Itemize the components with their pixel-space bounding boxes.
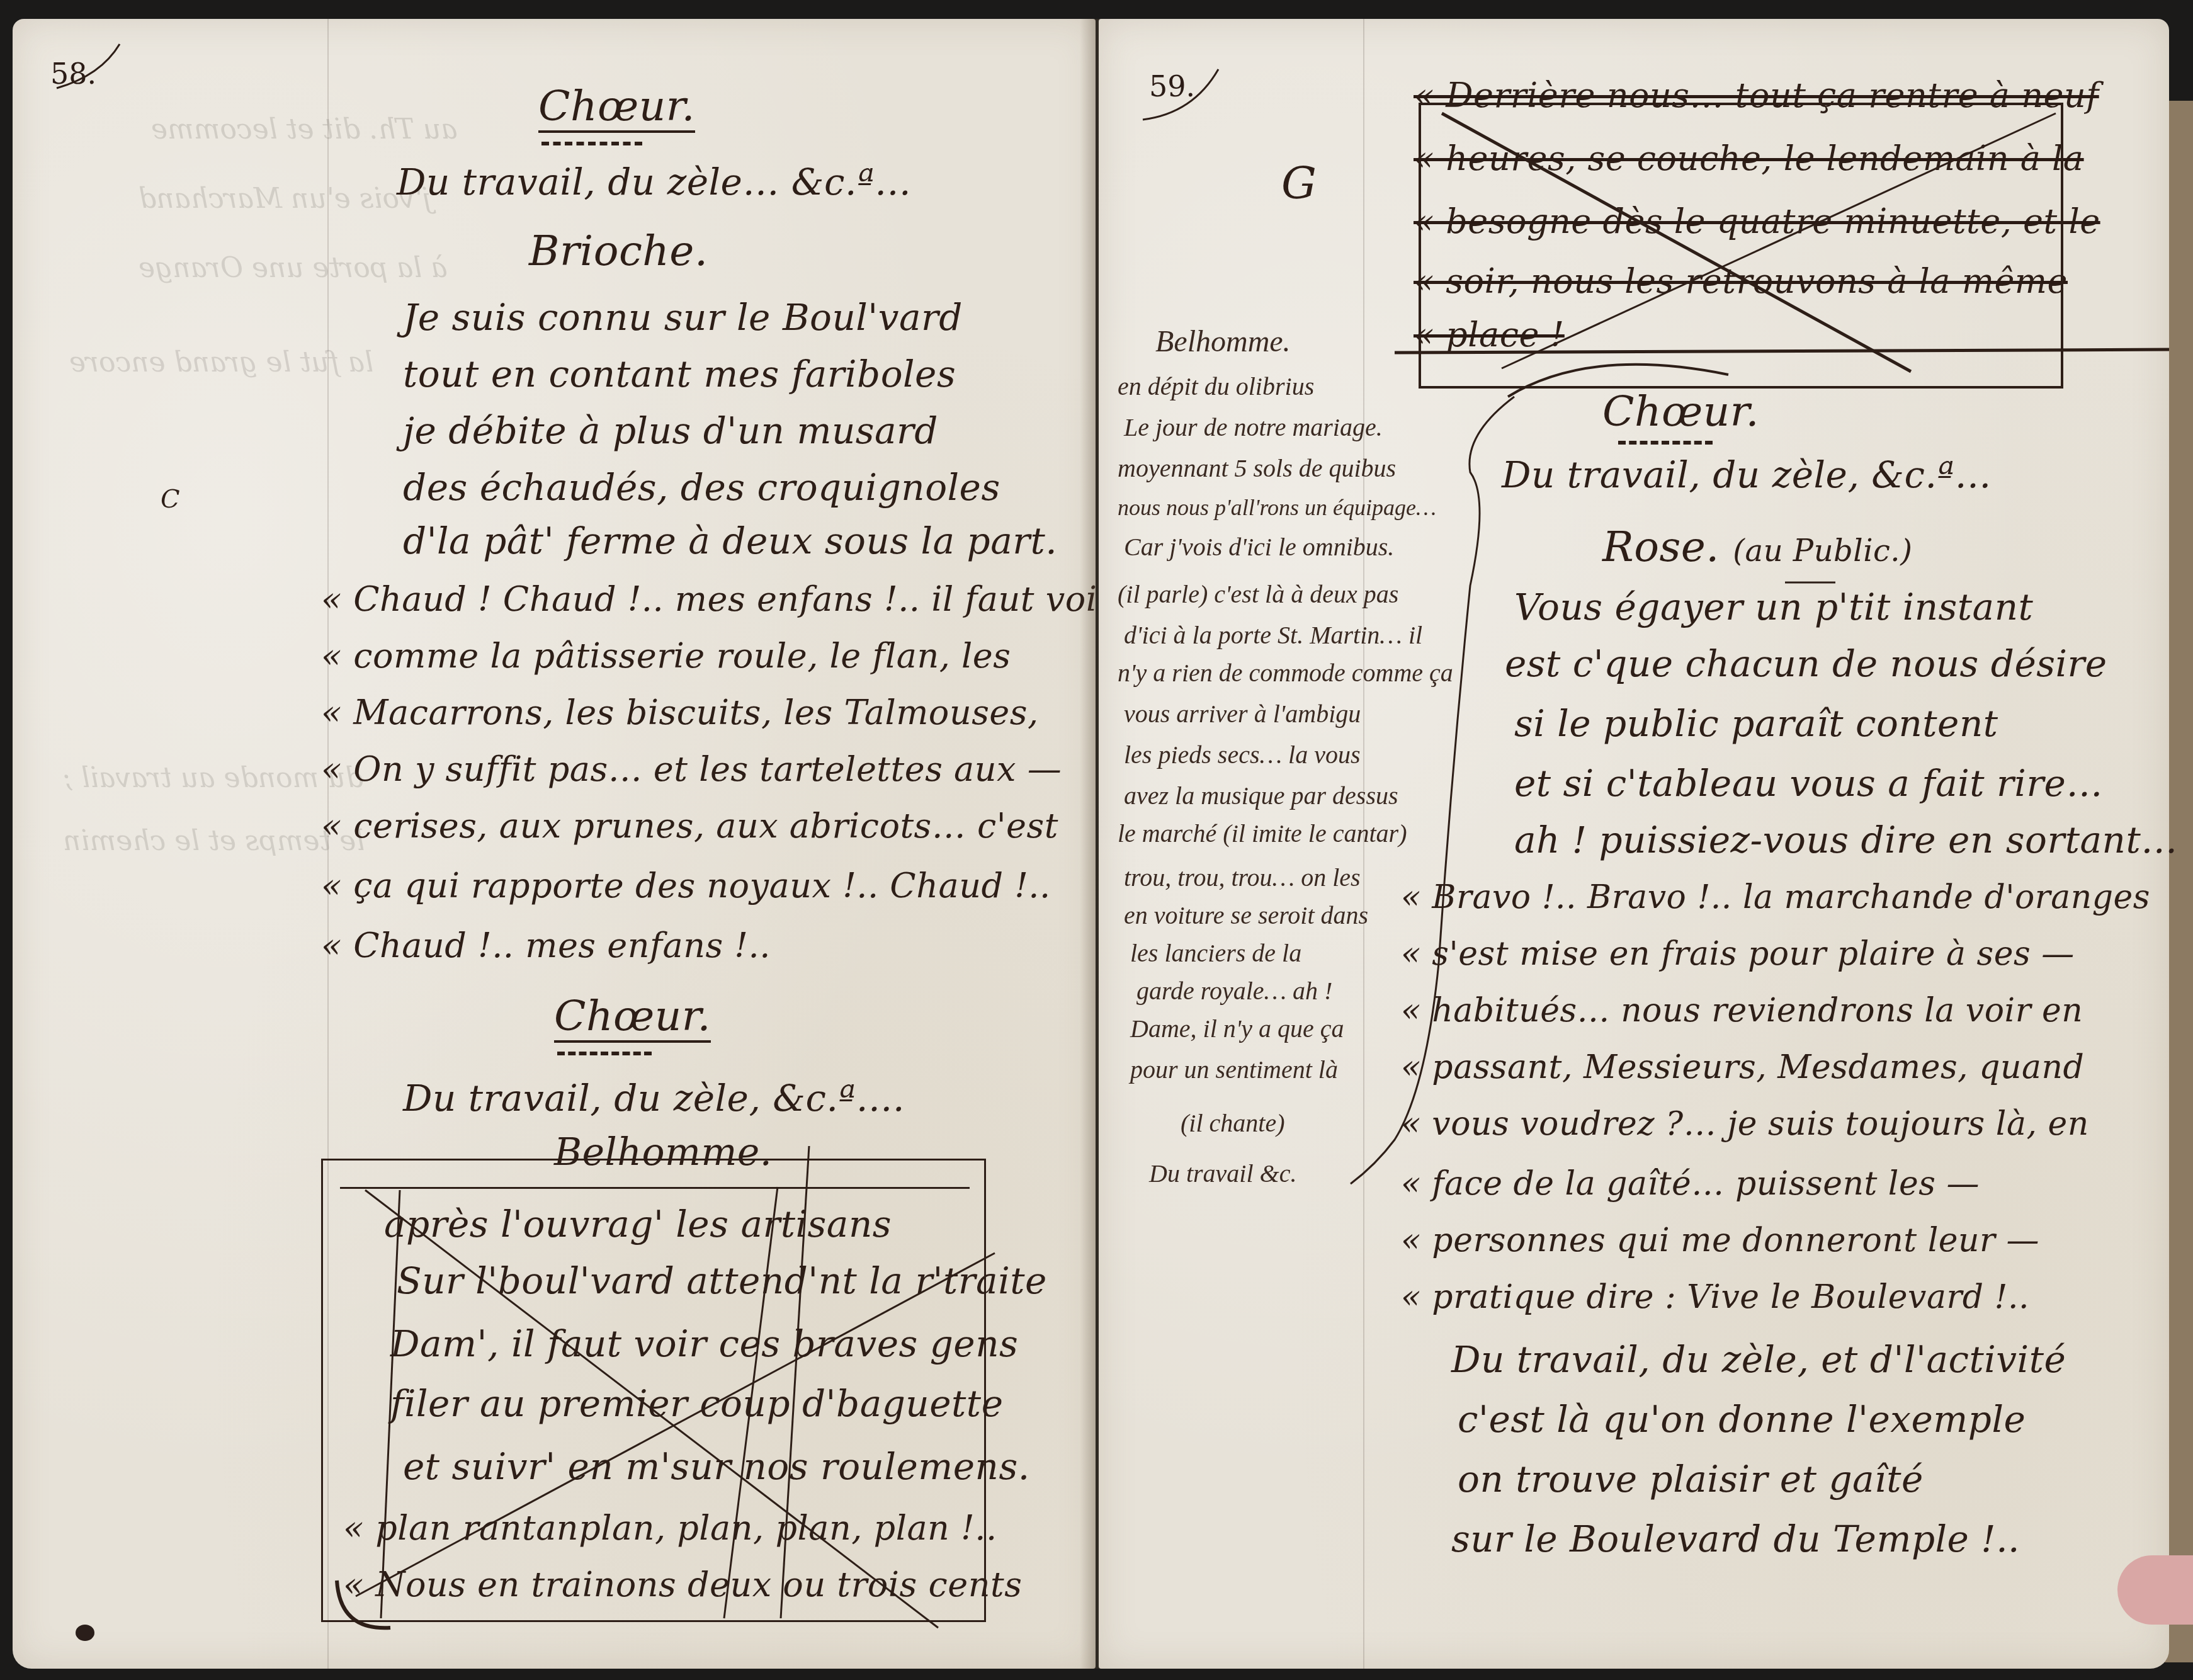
prose-line: « ça qui rapporte des noyaux !.. Chaud !… — [321, 866, 1051, 905]
insert-line: nous nous p'all'rons un équipage… — [1118, 494, 1436, 521]
insert-line: (il parle) c'est là à deux pas — [1118, 579, 1398, 609]
verse-line: est c'que chacun de nous désire — [1505, 642, 2107, 685]
verse-line: d'la pât' ferme à deux sous la part. — [403, 519, 1057, 562]
bleed-through-text: à la porte une Orange — [139, 252, 448, 284]
insert-line: vous arriver à l'ambigu — [1124, 699, 1361, 729]
speaker-heading-choeur: Chœur. — [1602, 387, 1759, 436]
verse-line: Vous égayer un p'tit instant — [1514, 586, 2033, 628]
stage-direction: (il chante) — [1181, 1108, 1285, 1138]
prose-line: « cerises, aux prunes, aux abricots… c'e… — [321, 806, 1058, 846]
speaker-heading-choeur: Chœur. — [538, 82, 695, 133]
margin-mark: C — [161, 485, 180, 514]
insert-line: avez la musique par dessus — [1124, 781, 1398, 810]
prose-line: « On y suffit pas… et les tartelettes au… — [321, 749, 1062, 789]
insert-line: d'ici à la porte St. Martin… il — [1124, 620, 1422, 650]
verse-line: si le public paraît content — [1514, 702, 1998, 745]
speaker-heading-brioche: Brioche. — [529, 227, 708, 275]
insert-line: moyennant 5 sols de quibus — [1118, 453, 1396, 483]
insert-line: n'y a rien de commode comme ça — [1118, 658, 1453, 688]
prose-line: « Chaud ! Chaud !.. mes enfans !.. il fa… — [321, 579, 1121, 619]
insert-line: trou, trou, trou… on les — [1124, 863, 1361, 892]
prose-line: « s'est mise en frais pour plaire à ses … — [1401, 935, 2075, 973]
insert-line: les lanciers de la — [1130, 938, 1301, 968]
verse-line: tout en contant mes fariboles — [403, 353, 956, 395]
prose-line: « personnes qui me donneront leur — — [1401, 1222, 2039, 1259]
verse-line: je débite à plus d'un musard — [403, 409, 938, 452]
prose-line: « Macarrons, les biscuits, les Talmouses… — [321, 693, 1039, 732]
crossed-prose-line: « soir, nous les retrouvons à la même — [1414, 261, 2068, 301]
crossed-verse-line: Sur l'boul'vard attend'nt la r'traite — [397, 1259, 1047, 1302]
bleed-through-text: au Th. dit et lecomme — [151, 113, 458, 145]
crossed-verse-line: et suivr' en m'sur nos roulemens. — [403, 1445, 1030, 1488]
heading-dashes — [541, 142, 642, 149]
crossed-prose-line: « besogne dès le quatre minuette, et le — [1414, 201, 2100, 241]
bleed-through-text: le temps et le chemin — [63, 825, 365, 857]
verse-line: ah ! puissiez-vous dire en sortant… — [1514, 819, 2178, 861]
prose-line: « vous voudrez ?… je suis toujours là, e… — [1401, 1105, 2089, 1143]
verse-line: sur le Boulevard du Temple !.. — [1451, 1518, 2020, 1560]
prose-line: « passant, Messieurs, Mesdames, quand — [1401, 1048, 2084, 1086]
crossed-prose-line: « plan rantanplan, plan, plan, plan !.. — [343, 1508, 997, 1548]
verse-line: Je suis connu sur le Boul'vard — [403, 296, 963, 339]
bleed-through-text: la fut le grand encore — [69, 346, 373, 378]
margin-mark: G — [1281, 157, 1317, 209]
prose-line: « pratique dire : Vive le Boulevard !.. — [1401, 1278, 2029, 1316]
crossed-verse-line: Dam', il faut voir ces braves gens — [390, 1322, 1018, 1365]
left-page: au Th. dit et lecomme j'vois e'un Marcha… — [13, 19, 1096, 1669]
insert-line: Car j'vois d'ici le omnibus. — [1124, 532, 1394, 562]
speaker-name: Rose. — [1602, 523, 1720, 571]
crossed-prose-line: « heures, se couche, le lendemain à la — [1414, 139, 2084, 178]
verse-line: on trouve plaisir et gaîté — [1458, 1458, 1924, 1501]
speaker-heading-choeur: Chœur. — [554, 992, 711, 1043]
insert-line: pour un sentiment là — [1130, 1055, 1338, 1084]
verse-line: et si c'tableau vous a fait rire… — [1514, 762, 2103, 805]
crossed-prose-line: « Derrière nous… tout ça rentre à neuf — [1414, 76, 2099, 115]
page-number: 59. — [1149, 69, 1195, 103]
verse-line: des échaudés, des croquignoles — [403, 466, 1000, 509]
crossed-verse-line: après l'ouvrag' les artisans — [384, 1203, 892, 1246]
prose-line: « Chaud !.. mes enfans !.. — [321, 926, 771, 965]
insert-line: Le jour de notre mariage. — [1124, 412, 1383, 442]
crossed-prose-line: « place ! — [1414, 315, 1565, 355]
right-page: 59. G « Derrière nous… tout ça rentre à … — [1099, 19, 2169, 1669]
insert-line: Dame, il n'y a que ça — [1130, 1014, 1344, 1043]
insert-line: en dépit du olibrius — [1118, 372, 1314, 401]
insert-line: garde royale… ah ! — [1136, 976, 1332, 1006]
prose-line: « face de la gaîté… puissent les — — [1401, 1165, 1980, 1203]
verse-line: Du travail, du zèle, et d'l'activité — [1451, 1338, 2066, 1381]
prose-line: « comme la pâtisserie roule, le flan, le… — [321, 636, 1011, 676]
prose-line: « habitués… nous reviendrons la voir en — [1401, 992, 2083, 1030]
refrain-cue: Du travail &c. — [1149, 1159, 1296, 1188]
insert-line: les pieds secs… la vous — [1124, 740, 1361, 769]
crossed-prose-line: « Nous en trainons deux ou trois cents — [343, 1565, 1022, 1604]
bleed-through-text: j'vois e'un Marchand — [139, 183, 431, 215]
text-line: Du travail, du zèle, &c.ª… — [1502, 453, 1992, 496]
speaker-heading-belhomme: Belhomme. — [554, 1130, 772, 1174]
heading-dashes — [557, 1052, 652, 1059]
bleed-through-text: du monde au travail ; — [63, 762, 363, 794]
text-line: Du travail, du zèle… &c.ª… — [397, 161, 911, 203]
text-line: Du travail, du zèle, &c.ª…. — [403, 1077, 905, 1120]
stage-aside: (au Public.) — [1733, 533, 1912, 569]
page-number: 58. — [50, 57, 96, 91]
ink-blot — [76, 1625, 94, 1641]
box-rule — [340, 1187, 970, 1189]
insert-speaker-belhomme: Belhomme. — [1155, 324, 1291, 359]
insert-line: le marché (il imite le cantar) — [1118, 819, 1407, 848]
crossed-verse-line: filer au premier coup d'baguette — [390, 1382, 1003, 1425]
prose-line: « Bravo !.. Bravo !.. la marchande d'ora… — [1401, 878, 2150, 916]
heading-dashes — [1618, 441, 1713, 448]
holding-thumb — [2117, 1555, 2193, 1625]
speaker-heading-rose: Rose. (au Public.) — [1602, 523, 1912, 571]
insert-line: en voiture se seroit dans — [1124, 900, 1368, 930]
verse-line: c'est là qu'on donne l'exemple — [1458, 1398, 2026, 1441]
